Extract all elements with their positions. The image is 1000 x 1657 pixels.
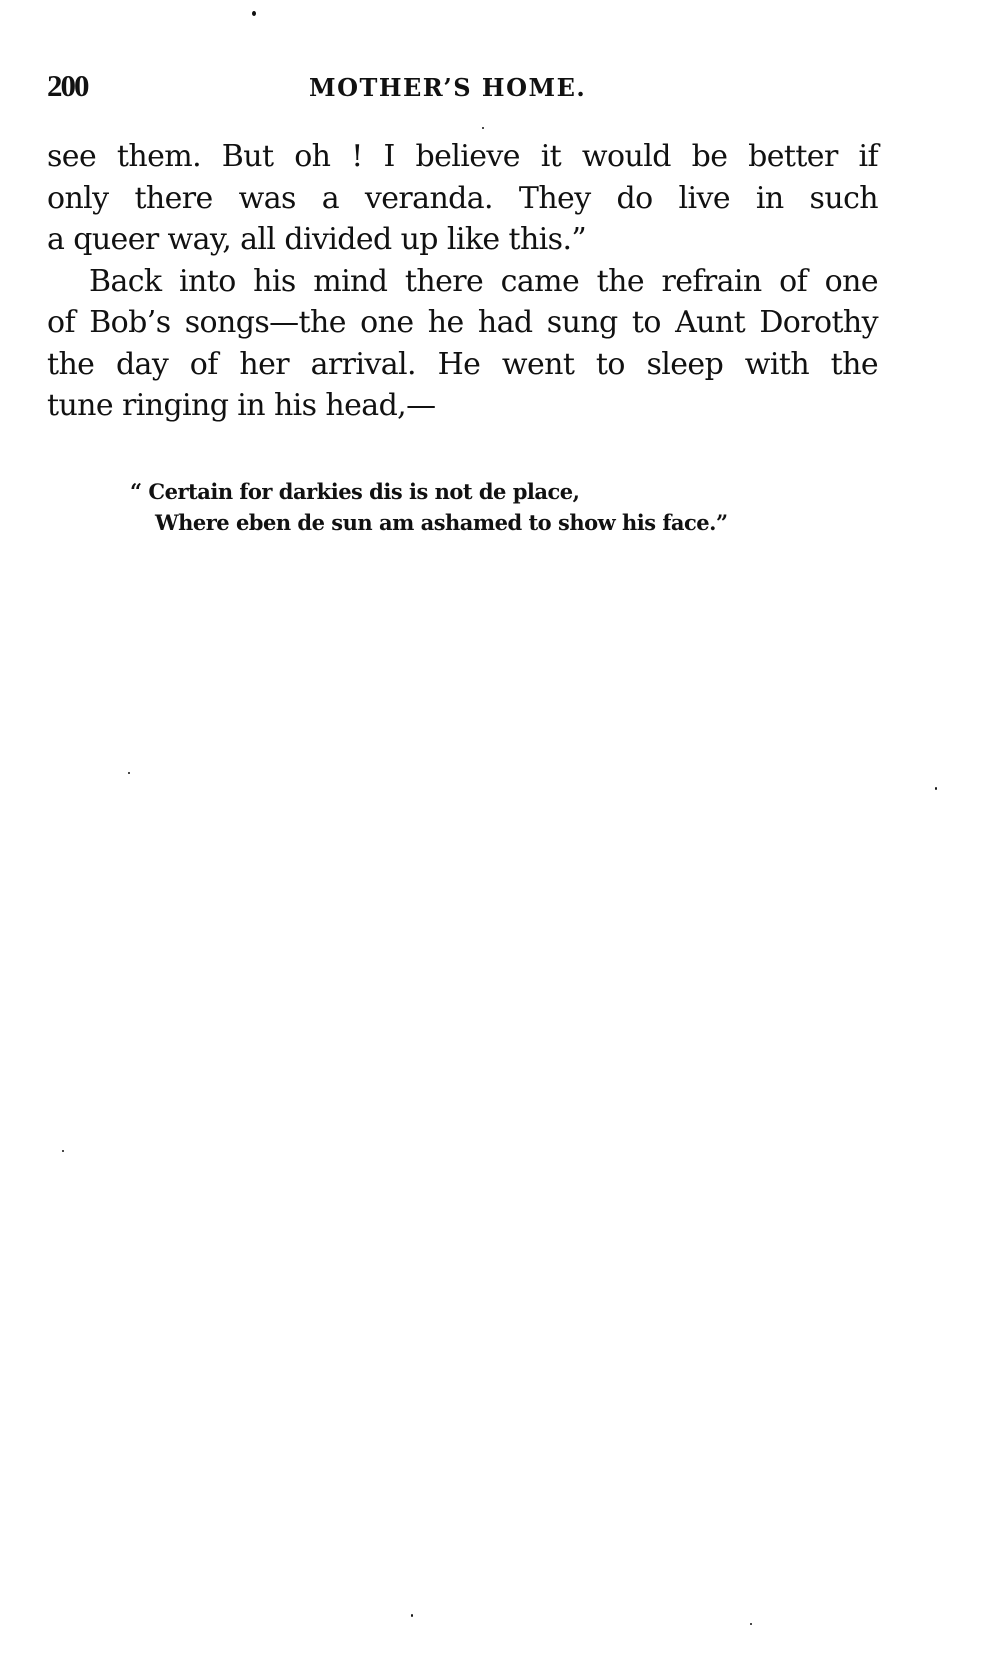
scan-speck: [128, 772, 130, 774]
verse-line: Where eben de sun am ashamed to show his…: [130, 507, 728, 538]
page-number: 200: [47, 66, 88, 106]
running-title: MOTHER’S HOME.: [309, 68, 586, 108]
text-line: tune ringing in his head,—: [47, 385, 878, 427]
text-line: of Bob’s songs—the one he had sung to Au…: [47, 302, 878, 344]
scan-speck: [750, 1623, 752, 1625]
scan-speck: [411, 1614, 413, 1617]
book-page: 200 MOTHER’S HOME. see them. But oh ! I …: [0, 0, 1000, 1657]
scan-speck: [482, 127, 484, 129]
body-text: see them. But oh ! I believe it would be…: [47, 136, 878, 427]
text-line: a queer way, all divided up like this.”: [47, 219, 878, 261]
running-head: 200 MOTHER’S HOME.: [47, 66, 878, 106]
scan-speck: [935, 787, 937, 790]
scan-speck: [252, 11, 256, 16]
text-line: only there was a veranda. They do live i…: [47, 178, 878, 220]
verse-quotation: “ Certain for darkies dis is not de plac…: [130, 476, 728, 538]
verse-line: “ Certain for darkies dis is not de plac…: [130, 476, 728, 507]
paragraph-first-line: Back into his mind there came the refrai…: [47, 261, 878, 303]
text-line: see them. But oh ! I believe it would be…: [47, 136, 878, 178]
text-line: the day of her arrival. He went to sleep…: [47, 344, 878, 386]
scan-speck: [62, 1150, 64, 1152]
